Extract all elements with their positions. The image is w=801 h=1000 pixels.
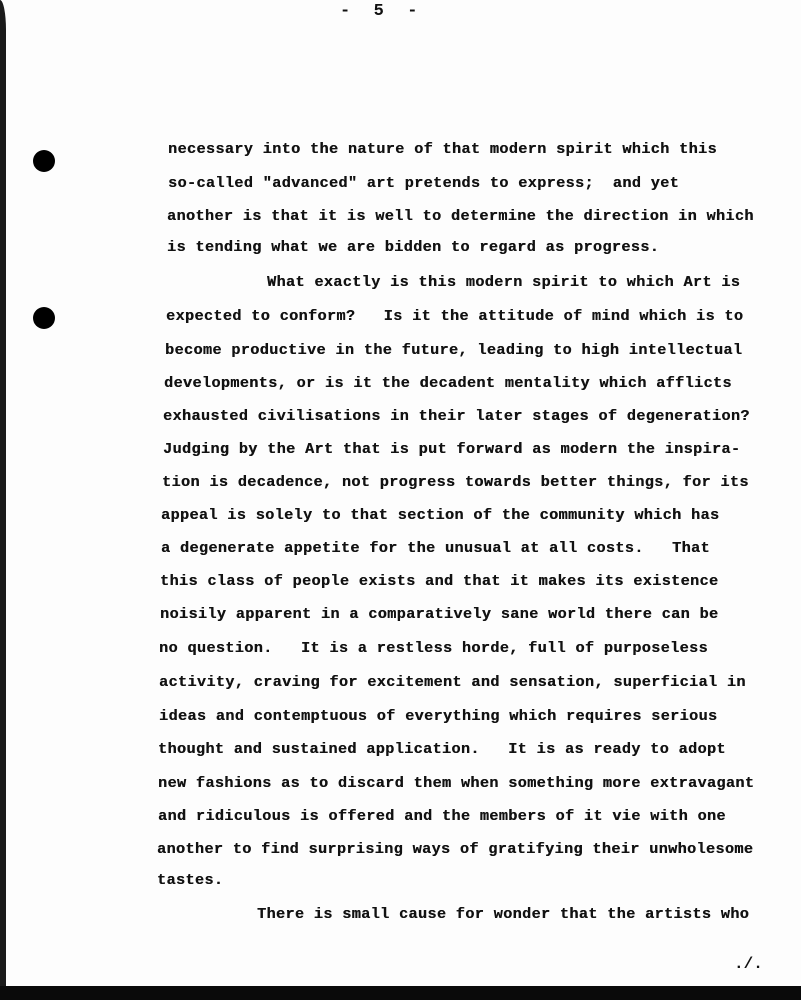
text-line: There is small cause for wonder that the…	[257, 905, 749, 923]
text-line: another to find surprising ways of grati…	[157, 840, 753, 858]
text-line: activity, craving for excitement and sen…	[159, 673, 746, 691]
page-bottom-edge-shadow	[0, 986, 801, 1000]
punch-hole-bottom	[33, 307, 55, 329]
page-number: - 5 -	[340, 2, 418, 21]
text-line: and ridiculous is offered and the member…	[158, 807, 726, 825]
text-line: What exactly is this modern spirit to wh…	[267, 273, 740, 291]
text-line: appeal is solely to that section of the …	[161, 506, 719, 524]
text-line: another is that it is well to determine …	[167, 207, 754, 225]
text-line: exhausted civilisations in their later s…	[163, 407, 750, 425]
text-line: this class of people exists and that it …	[160, 572, 718, 590]
text-line: new fashions as to discard them when som…	[158, 774, 754, 792]
text-line: no question. It is a restless horde, ful…	[159, 639, 708, 657]
text-line: tion is decadence, not progress towards …	[162, 473, 749, 491]
continuation-mark: ./.	[734, 955, 763, 973]
text-line: become productive in the future, leading…	[165, 341, 742, 359]
text-line: expected to conform? Is it the attitude …	[166, 307, 743, 325]
text-line: Judging by the Art that is put forward a…	[163, 440, 740, 458]
text-line: developments, or is it the decadent ment…	[164, 374, 732, 392]
text-line: ideas and contemptuous of everything whi…	[159, 707, 717, 725]
text-line: a degenerate appetite for the unusual at…	[161, 539, 710, 557]
text-line: is tending what we are bidden to regard …	[167, 238, 659, 256]
text-line: noisily apparent in a comparatively sane…	[160, 605, 718, 623]
page-left-edge-shadow	[0, 0, 6, 1000]
document-page: - 5 - necessary into the nature of that …	[0, 0, 801, 1000]
text-line: so-called "advanced" art pretends to exp…	[168, 174, 679, 192]
text-line: thought and sustained application. It is…	[158, 740, 726, 758]
text-line: tastes.	[157, 871, 223, 889]
text-line: necessary into the nature of that modern…	[168, 140, 717, 158]
punch-hole-top	[33, 150, 55, 172]
